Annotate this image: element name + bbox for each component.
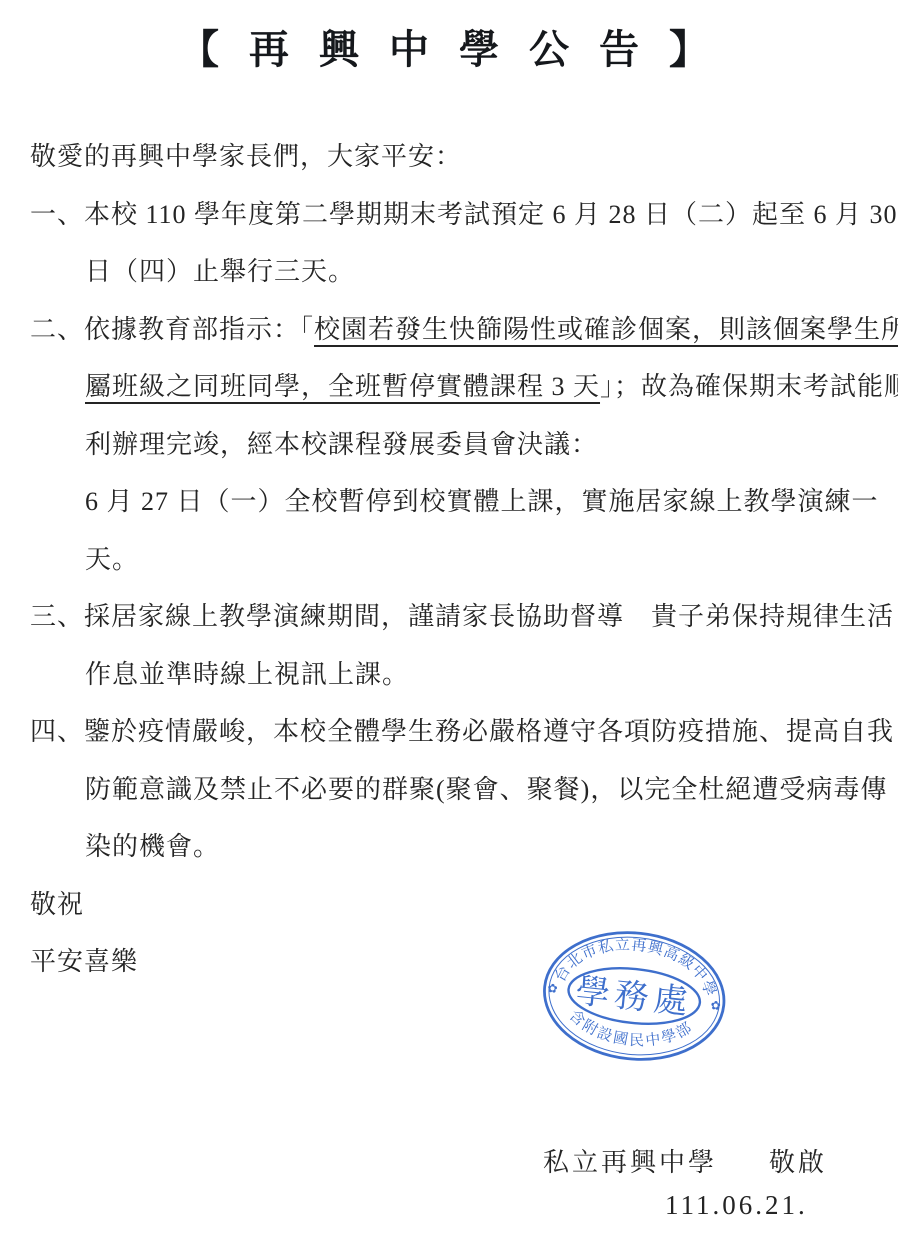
plum-blossom-icon: ✿ xyxy=(547,981,558,996)
signature-name: 私立再興中學 xyxy=(543,1148,717,1177)
announcement-body: 敬愛的再興中學家長們，大家平安：一、本校 110 學年度第二學期期末考試預定 6… xyxy=(0,128,898,991)
body-text: 敬祝 xyxy=(30,890,84,919)
signature-closing: 敬啟 xyxy=(769,1148,827,1177)
body-text: 染的機會。 xyxy=(85,832,220,861)
signature-line: 私立再興中學敬啟 xyxy=(543,1142,827,1179)
body-line: 屬班級之同班同學，全班暫停實體課程 3 天」；故為確保期末考試能順 xyxy=(0,358,898,416)
plum-blossom-icon: ✿ xyxy=(710,998,721,1013)
body-line: 天。 xyxy=(0,531,898,589)
body-line: 平安喜樂 xyxy=(0,933,898,991)
body-line: 二、依據教育部指示：「校園若發生快篩陽性或確診個案，則該個案學生所 xyxy=(0,301,898,359)
body-line: 利辦理完竣，經本校課程發展委員會決議： xyxy=(0,416,898,474)
body-line: 四、鑒於疫情嚴峻，本校全體學生務必嚴格遵守各項防疫措施、提高自我 xyxy=(0,703,898,761)
body-text: 天。 xyxy=(85,545,139,574)
body-line: 敬愛的再興中學家長們，大家平安： xyxy=(0,128,898,186)
body-text: 」；故為確保期末考試能順 xyxy=(600,372,898,401)
body-line: 作息並準時線上視訊上課。 xyxy=(0,646,898,704)
body-text: 一、本校 110 學年度第二學期期末考試預定 6 月 28 日（二）起至 6 月… xyxy=(30,200,898,229)
body-line: 敬祝 xyxy=(0,876,898,934)
underlined-text: 屬班級之同班同學，全班暫停實體課程 3 天 xyxy=(85,372,600,401)
body-text: 作息並準時線上視訊上課。 xyxy=(85,660,409,689)
body-text: 利辦理完竣，經本校課程發展委員會決議： xyxy=(85,430,598,459)
body-text: 防範意識及禁止不必要的群聚(聚會、聚餐)，以完全杜絕遭受病毒傳 xyxy=(85,775,887,804)
body-line: 防範意識及禁止不必要的群聚(聚會、聚餐)，以完全杜絕遭受病毒傳 xyxy=(0,761,898,819)
body-text: 平安喜樂 xyxy=(30,947,138,976)
underlined-text: 校園若發生快篩陽性或確診個案，則該個案學生所 xyxy=(314,315,898,344)
body-line: 日（四）止舉行三天。 xyxy=(0,243,898,301)
body-line: 6 月 27 日（一）全校暫停到校實體上課，實施居家線上教學演練一 xyxy=(0,473,898,531)
date-line: 111.06.21. xyxy=(665,1190,808,1221)
announcement-title: 【 再 興 中 學 公 告 】 xyxy=(0,18,898,75)
body-text: 敬愛的再興中學家長們，大家平安： xyxy=(30,142,462,171)
body-text: 二、依據教育部指示：「 xyxy=(30,315,314,344)
body-text: 三、採居家線上教學演練期間，謹請家長協助督導 貴子弟保持規律生活 xyxy=(30,602,894,631)
announcement-page: 【 再 興 中 學 公 告 】 敬愛的再興中學家長們，大家平安：一、本校 110… xyxy=(0,0,898,1253)
body-text: 四、鑒於疫情嚴峻，本校全體學生務必嚴格遵守各項防疫措施、提高自我 xyxy=(30,717,894,746)
body-line: 染的機會。 xyxy=(0,818,898,876)
body-text: 日（四）止舉行三天。 xyxy=(85,257,355,286)
body-line: 一、本校 110 學年度第二學期期末考試預定 6 月 28 日（二）起至 6 月… xyxy=(0,186,898,244)
body-line: 三、採居家線上教學演練期間，謹請家長協助督導 貴子弟保持規律生活 xyxy=(0,588,898,646)
stamp-svg: 台北市私立再興高級中學 含附設國民中學部 學務處 ✿ ✿ xyxy=(531,918,737,1077)
body-text: 6 月 27 日（一）全校暫停到校實體上課，實施居家線上教學演練一 xyxy=(85,487,879,516)
school-office-stamp: 台北市私立再興高級中學 含附設國民中學部 學務處 ✿ ✿ xyxy=(531,918,737,1077)
